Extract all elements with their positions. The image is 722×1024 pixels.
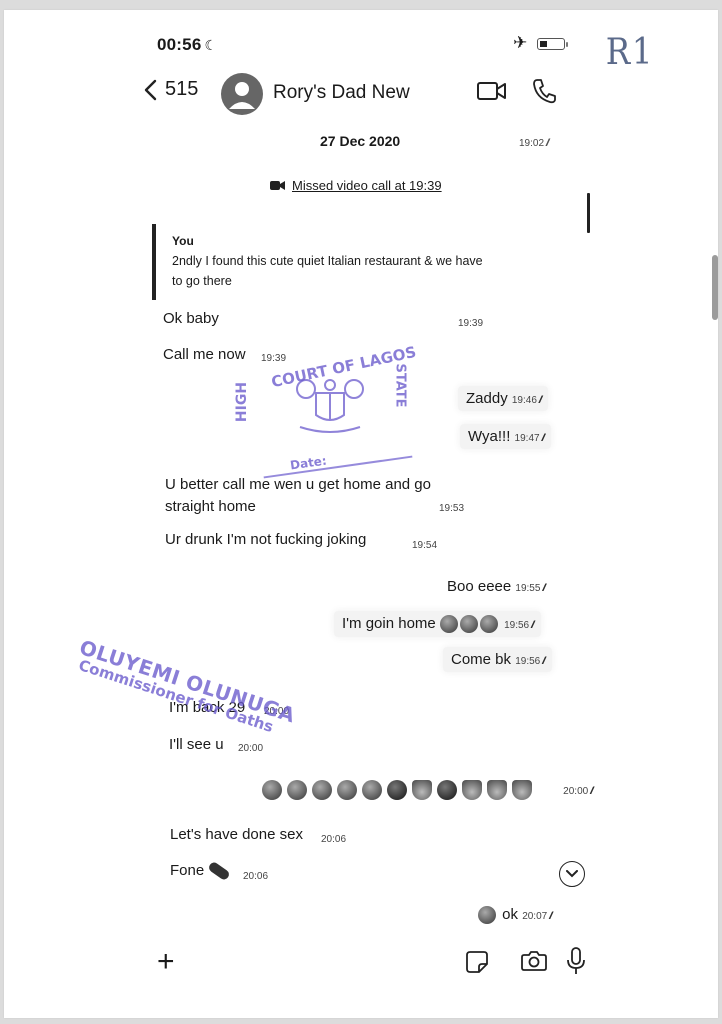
message-time: 19:53	[439, 503, 464, 514]
back-button[interactable]: 515	[143, 78, 198, 101]
read-receipt-icon: //	[531, 620, 533, 631]
handwritten-exhibit-label: R1	[606, 32, 655, 73]
message-time: 19:39	[261, 353, 286, 364]
contact-avatar[interactable]	[221, 73, 263, 115]
scroll-indicator[interactable]	[587, 193, 590, 233]
message-time: 19:46	[512, 395, 537, 406]
video-call-button[interactable]	[477, 81, 507, 106]
message-outgoing-emoji[interactable]: 20:00//	[262, 780, 592, 800]
quoted-message[interactable]: You 2ndly I found this cute quiet Italia…	[152, 224, 492, 300]
message-outgoing[interactable]: Zaddy 19:46//	[458, 386, 548, 411]
read-receipt-icon: //	[542, 656, 544, 667]
message-time: 19:56	[504, 620, 529, 631]
message-outgoing[interactable]: Boo eeee 19:55//	[447, 578, 544, 595]
airplane-mode-icon: ✈	[513, 33, 527, 53]
message-outgoing[interactable]: Come bk 19:56//	[443, 647, 552, 672]
message-incoming[interactable]: Let's have done sex	[170, 826, 303, 843]
grinning-face-emoji	[478, 906, 496, 924]
coat-of-arms-icon	[290, 375, 370, 435]
eggplant-emoji	[207, 861, 231, 882]
message-incoming[interactable]: Ok baby	[163, 310, 219, 327]
chevron-down-icon	[566, 870, 578, 878]
message-time: 20:06	[243, 871, 268, 882]
cold-emoji	[287, 780, 307, 800]
cold-face-emoji	[440, 615, 458, 633]
read-receipt-icon: //	[546, 138, 548, 149]
cold-face-emoji	[460, 615, 478, 633]
read-receipt-icon: //	[542, 583, 544, 594]
message-incoming[interactable]: Ur drunk I'm not fucking joking	[165, 531, 366, 548]
add-attachment-button[interactable]: +	[157, 947, 175, 977]
missed-call-notice[interactable]: Missed video call at 19:39	[270, 178, 442, 193]
battery-icon	[537, 38, 565, 50]
cold-face-emoji	[480, 615, 498, 633]
devil-emoji	[412, 780, 432, 800]
devil-emoji	[487, 780, 507, 800]
microphone-button[interactable]	[567, 947, 585, 980]
voice-call-button[interactable]	[532, 78, 556, 109]
dark-emoji	[387, 780, 407, 800]
read-receipt-icon: //	[539, 395, 541, 406]
read-receipt-icon: //	[542, 433, 544, 444]
cold-emoji	[337, 780, 357, 800]
court-stamp-text: STATE	[393, 363, 408, 407]
status-time: 00:56☾	[157, 35, 217, 55]
camera-button[interactable]	[521, 950, 547, 977]
cold-emoji	[362, 780, 382, 800]
camera-icon	[521, 950, 547, 972]
chevron-left-icon	[143, 79, 157, 101]
sticker-icon	[466, 951, 488, 973]
message-time: 19:02//	[519, 138, 548, 149]
unread-count: 515	[165, 78, 198, 101]
message-time: 20:06	[321, 834, 346, 845]
page-scrollbar[interactable]	[712, 255, 718, 320]
message-incoming[interactable]: Call me now	[163, 346, 246, 363]
message-time: 19:47	[515, 433, 540, 444]
quote-author: You	[172, 234, 492, 248]
message-time: 19:54	[412, 540, 437, 551]
message-outgoing[interactable]: Wya!!! 19:47//	[460, 424, 551, 449]
video-camera-icon	[270, 180, 286, 191]
message-incoming[interactable]: Fone	[170, 862, 230, 879]
contact-name[interactable]: Rory's Dad New	[273, 82, 410, 104]
date-separator: 27 Dec 2020	[320, 133, 400, 149]
read-receipt-icon: //	[590, 786, 592, 797]
message-outgoing[interactable]: ok 20:07//	[478, 906, 551, 924]
scroll-to-bottom-button[interactable]	[559, 861, 585, 887]
message-time: 20:07	[522, 911, 547, 922]
court-stamp-text: HIGH	[234, 382, 250, 422]
cold-emoji	[262, 780, 282, 800]
message-time: 19:56	[515, 656, 540, 667]
moon-icon: ☾	[204, 37, 217, 54]
devil-emoji	[512, 780, 532, 800]
dark-emoji	[437, 780, 457, 800]
message-time: 19:55	[515, 583, 540, 594]
quote-text: 2ndly I found this cute quiet Italian re…	[172, 251, 492, 291]
message-incoming[interactable]: U better call me wen u get home and go s…	[165, 474, 465, 518]
devil-emoji	[462, 780, 482, 800]
message-incoming[interactable]: I'll see u	[169, 736, 224, 753]
message-outgoing[interactable]: I'm goin home 19:56//	[334, 611, 541, 637]
message-time: 20:00	[563, 786, 588, 797]
sticker-button[interactable]	[466, 951, 488, 978]
read-receipt-icon: //	[549, 911, 551, 922]
microphone-icon	[567, 947, 585, 975]
phone-icon	[532, 78, 556, 104]
cold-emoji	[312, 780, 332, 800]
person-icon	[221, 73, 263, 115]
message-time: 20:00	[238, 743, 263, 754]
message-time: 19:39	[458, 318, 483, 329]
video-camera-icon	[477, 81, 507, 101]
